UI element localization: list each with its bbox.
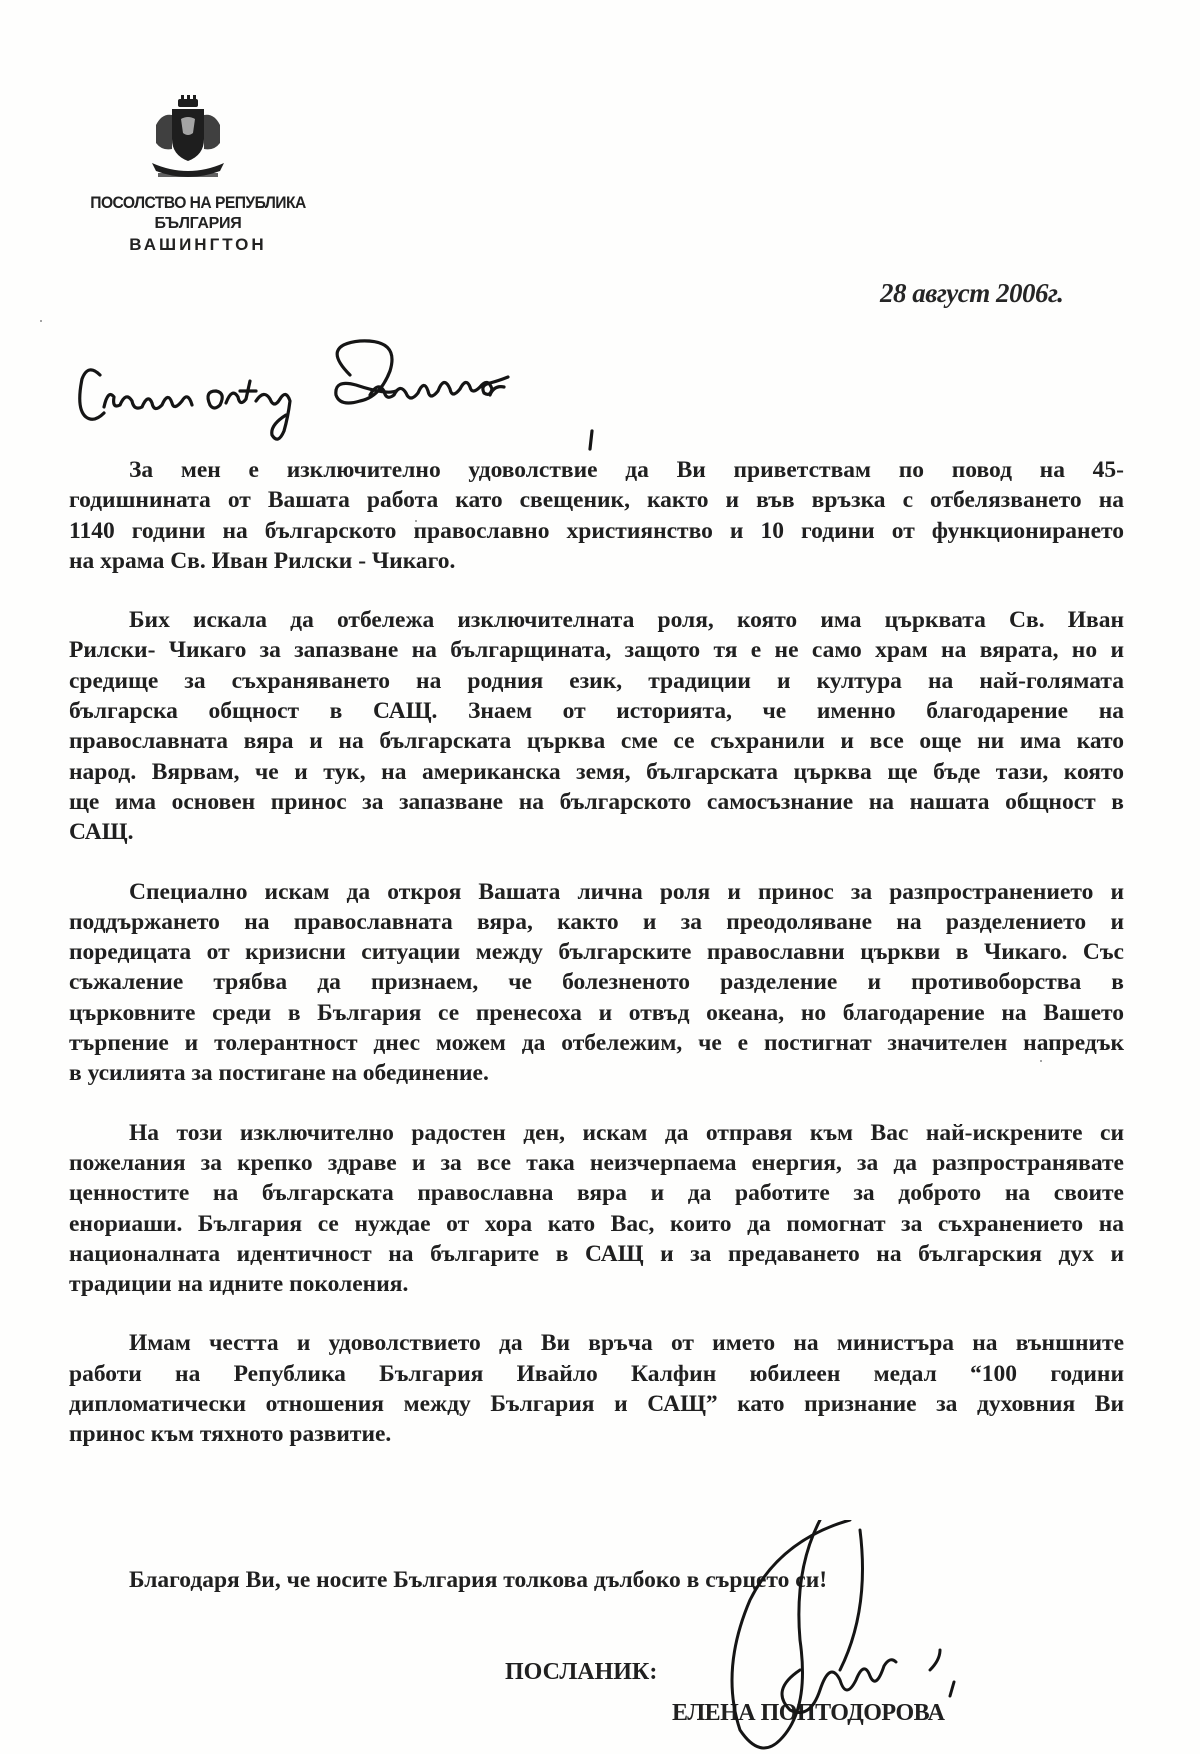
body-line: църковните среди в България се пренесоха… (69, 998, 1124, 1028)
scan-speck (1040, 1060, 1042, 1062)
body-line: съжаление трябва да признаем, че болезне… (69, 967, 1124, 997)
body-line: Имам честта и удоволствието да Ви връча … (69, 1328, 1124, 1358)
body-line: Рилски- Чикаго за запазване на българщин… (69, 635, 1124, 665)
body-line: националната идентичност на българите в … (69, 1239, 1124, 1269)
handwritten-salutation: Скъпи отец Валентин, (70, 335, 850, 465)
scan-speck (415, 520, 417, 522)
body-line: Бих искала да отбележа изключителната ро… (69, 605, 1124, 635)
body-line: годишнината от Вашата работа като свещен… (69, 485, 1124, 515)
body-line: традиции на идните поколения. (69, 1269, 1124, 1299)
body-line: поредицата от кризисни ситуации между бъ… (69, 937, 1124, 967)
paragraph-church-role: Бих искала да отбележа изключителната ро… (69, 605, 1124, 847)
letterhead-embassy: ПОСОЛСТВО НА РЕПУБЛИКА (78, 193, 317, 213)
body-line: САЩ. (69, 817, 1124, 847)
body-line: За мен е изключително удоволствие да Ви … (69, 455, 1124, 485)
scan-speck (160, 1400, 162, 1402)
letterhead-city: ВАШИНГТОН (68, 235, 328, 255)
handwritten-signature (680, 1520, 980, 1754)
letter-date: 28 август 2006г. (880, 278, 1063, 309)
body-line: работи на Република България Ивайло Калф… (69, 1359, 1124, 1389)
body-line: На този изключително радостен ден, искам… (69, 1118, 1124, 1148)
letter-body: За мен е изключително удоволствие да Ви … (69, 455, 1124, 1479)
body-line: народ. Вярвам, че и тук, на американска … (69, 757, 1124, 787)
letterhead: ПОСОЛСТВО НА РЕПУБЛИКА БЪЛГАРИЯ ВАШИНГТО… (68, 193, 328, 255)
body-line: енориаши. България се нуждае от хора кат… (69, 1209, 1124, 1239)
body-line: ще има основен принос за запазване на бъ… (69, 787, 1124, 817)
body-line: средище за съхраняването на родния език,… (69, 666, 1124, 696)
body-line: на храма Св. Иван Рилски - Чикаго. (69, 546, 1124, 576)
body-line: ценностите на българската православна вя… (69, 1178, 1124, 1208)
paragraph-medal: Имам честта и удоволствието да Ви връча … (69, 1328, 1124, 1449)
body-line: 1140 години на българското православно х… (69, 516, 1124, 546)
coat-of-arms-icon (148, 95, 228, 190)
letterhead-country: БЪЛГАРИЯ (68, 215, 328, 233)
body-line: пожелания за крепко здраве и за все така… (69, 1148, 1124, 1178)
body-line: търпение и толерантност днес можем да от… (69, 1028, 1124, 1058)
body-line: поддържането на православната вяра, какт… (69, 907, 1124, 937)
body-line: българска общност в САЩ. Знаем от истори… (69, 696, 1124, 726)
paragraph-wishes: На този изключително радостен ден, искам… (69, 1118, 1124, 1300)
body-line: православната вяра и на българската църк… (69, 726, 1124, 756)
body-line: в усилията за постигане на обединение. (69, 1058, 1124, 1088)
body-line: Специално искам да открoя Вашата лична р… (69, 877, 1124, 907)
signatory-title: ПОСЛАНИК: (505, 1659, 657, 1686)
letter-page: ПОСОЛСТВО НА РЕПУБЛИКА БЪЛГАРИЯ ВАШИНГТО… (0, 0, 1200, 1754)
paragraph-greeting: За мен е изключително удоволствие да Ви … (69, 455, 1124, 576)
paragraph-personal-role: Специално искам да открoя Вашата лична р… (69, 877, 1124, 1089)
body-line: принос към тяхното развитие. (69, 1419, 1124, 1449)
body-line: дипломатически отношения между България … (69, 1389, 1124, 1419)
scan-speck (40, 320, 42, 322)
